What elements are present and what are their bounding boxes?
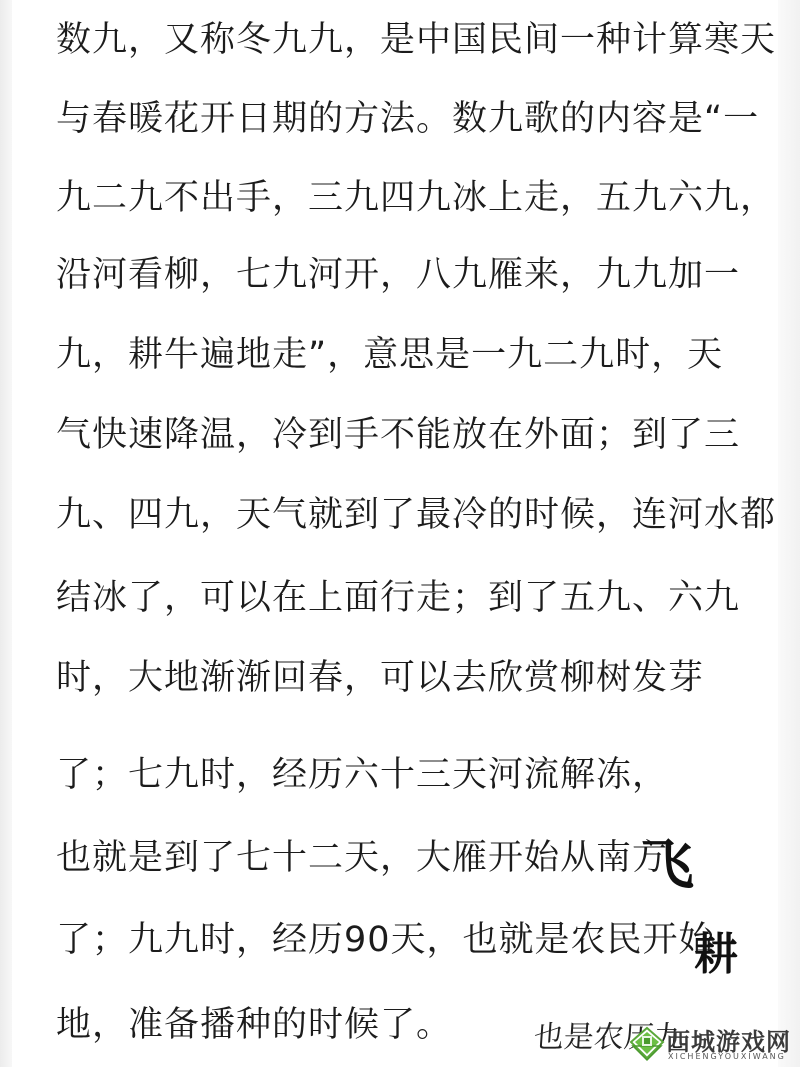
text-line-4: 沿河看柳，七九河开，八九雁来，九九加一	[56, 253, 740, 297]
text-line-8: 结冰了，可以在上面行走；到了五九、六九	[56, 576, 740, 620]
text-line-7: 九、四九，天气就到了最冷的时候，连河水都	[56, 493, 776, 537]
text-line-12: 了；九九时，经历90天，也就是农民开始	[56, 918, 715, 962]
large-char-fly: 飞	[640, 822, 694, 899]
page-left-edge	[0, 0, 12, 1067]
text-line-1: 数九，又称冬九九，是中国民间一种计算寒天	[56, 18, 776, 62]
text-line-6: 气快速降温，冷到手不能放在外面；到了三	[56, 413, 740, 457]
document-page: 数九，又称冬九九，是中国民间一种计算寒天 与春暖花开日期的方法。数九歌的内容是“…	[12, 0, 778, 1067]
text-line-5: 九，耕牛遍地走”，意思是一九二九时，天	[56, 333, 723, 377]
text-line-10: 了；七九时，经历六十三天河流解冻，	[56, 753, 668, 797]
text-line-11: 也就是到了七十二天，大雁开始从南方	[56, 836, 668, 880]
text-line-9: 时，大地渐渐回春，可以去欣赏柳树发芽	[56, 656, 704, 700]
watermark-subtitle: XICHENGYOUXIWANG	[668, 1052, 786, 1061]
large-char-plow: 耕	[694, 918, 738, 982]
text-line-2: 与春暖花开日期的方法。数九歌的内容是“一	[56, 97, 759, 141]
page-right-edge	[778, 0, 800, 1067]
text-line-13: 地，准备播种的时候了。	[56, 1003, 452, 1047]
site-watermark: 西城游戏网 XICHENGYOUXIWANG	[628, 1022, 798, 1066]
text-line-3: 九二九不出手，三九四九冰上走，五九六九，	[56, 176, 776, 220]
watermark-logo-icon	[628, 1024, 666, 1062]
